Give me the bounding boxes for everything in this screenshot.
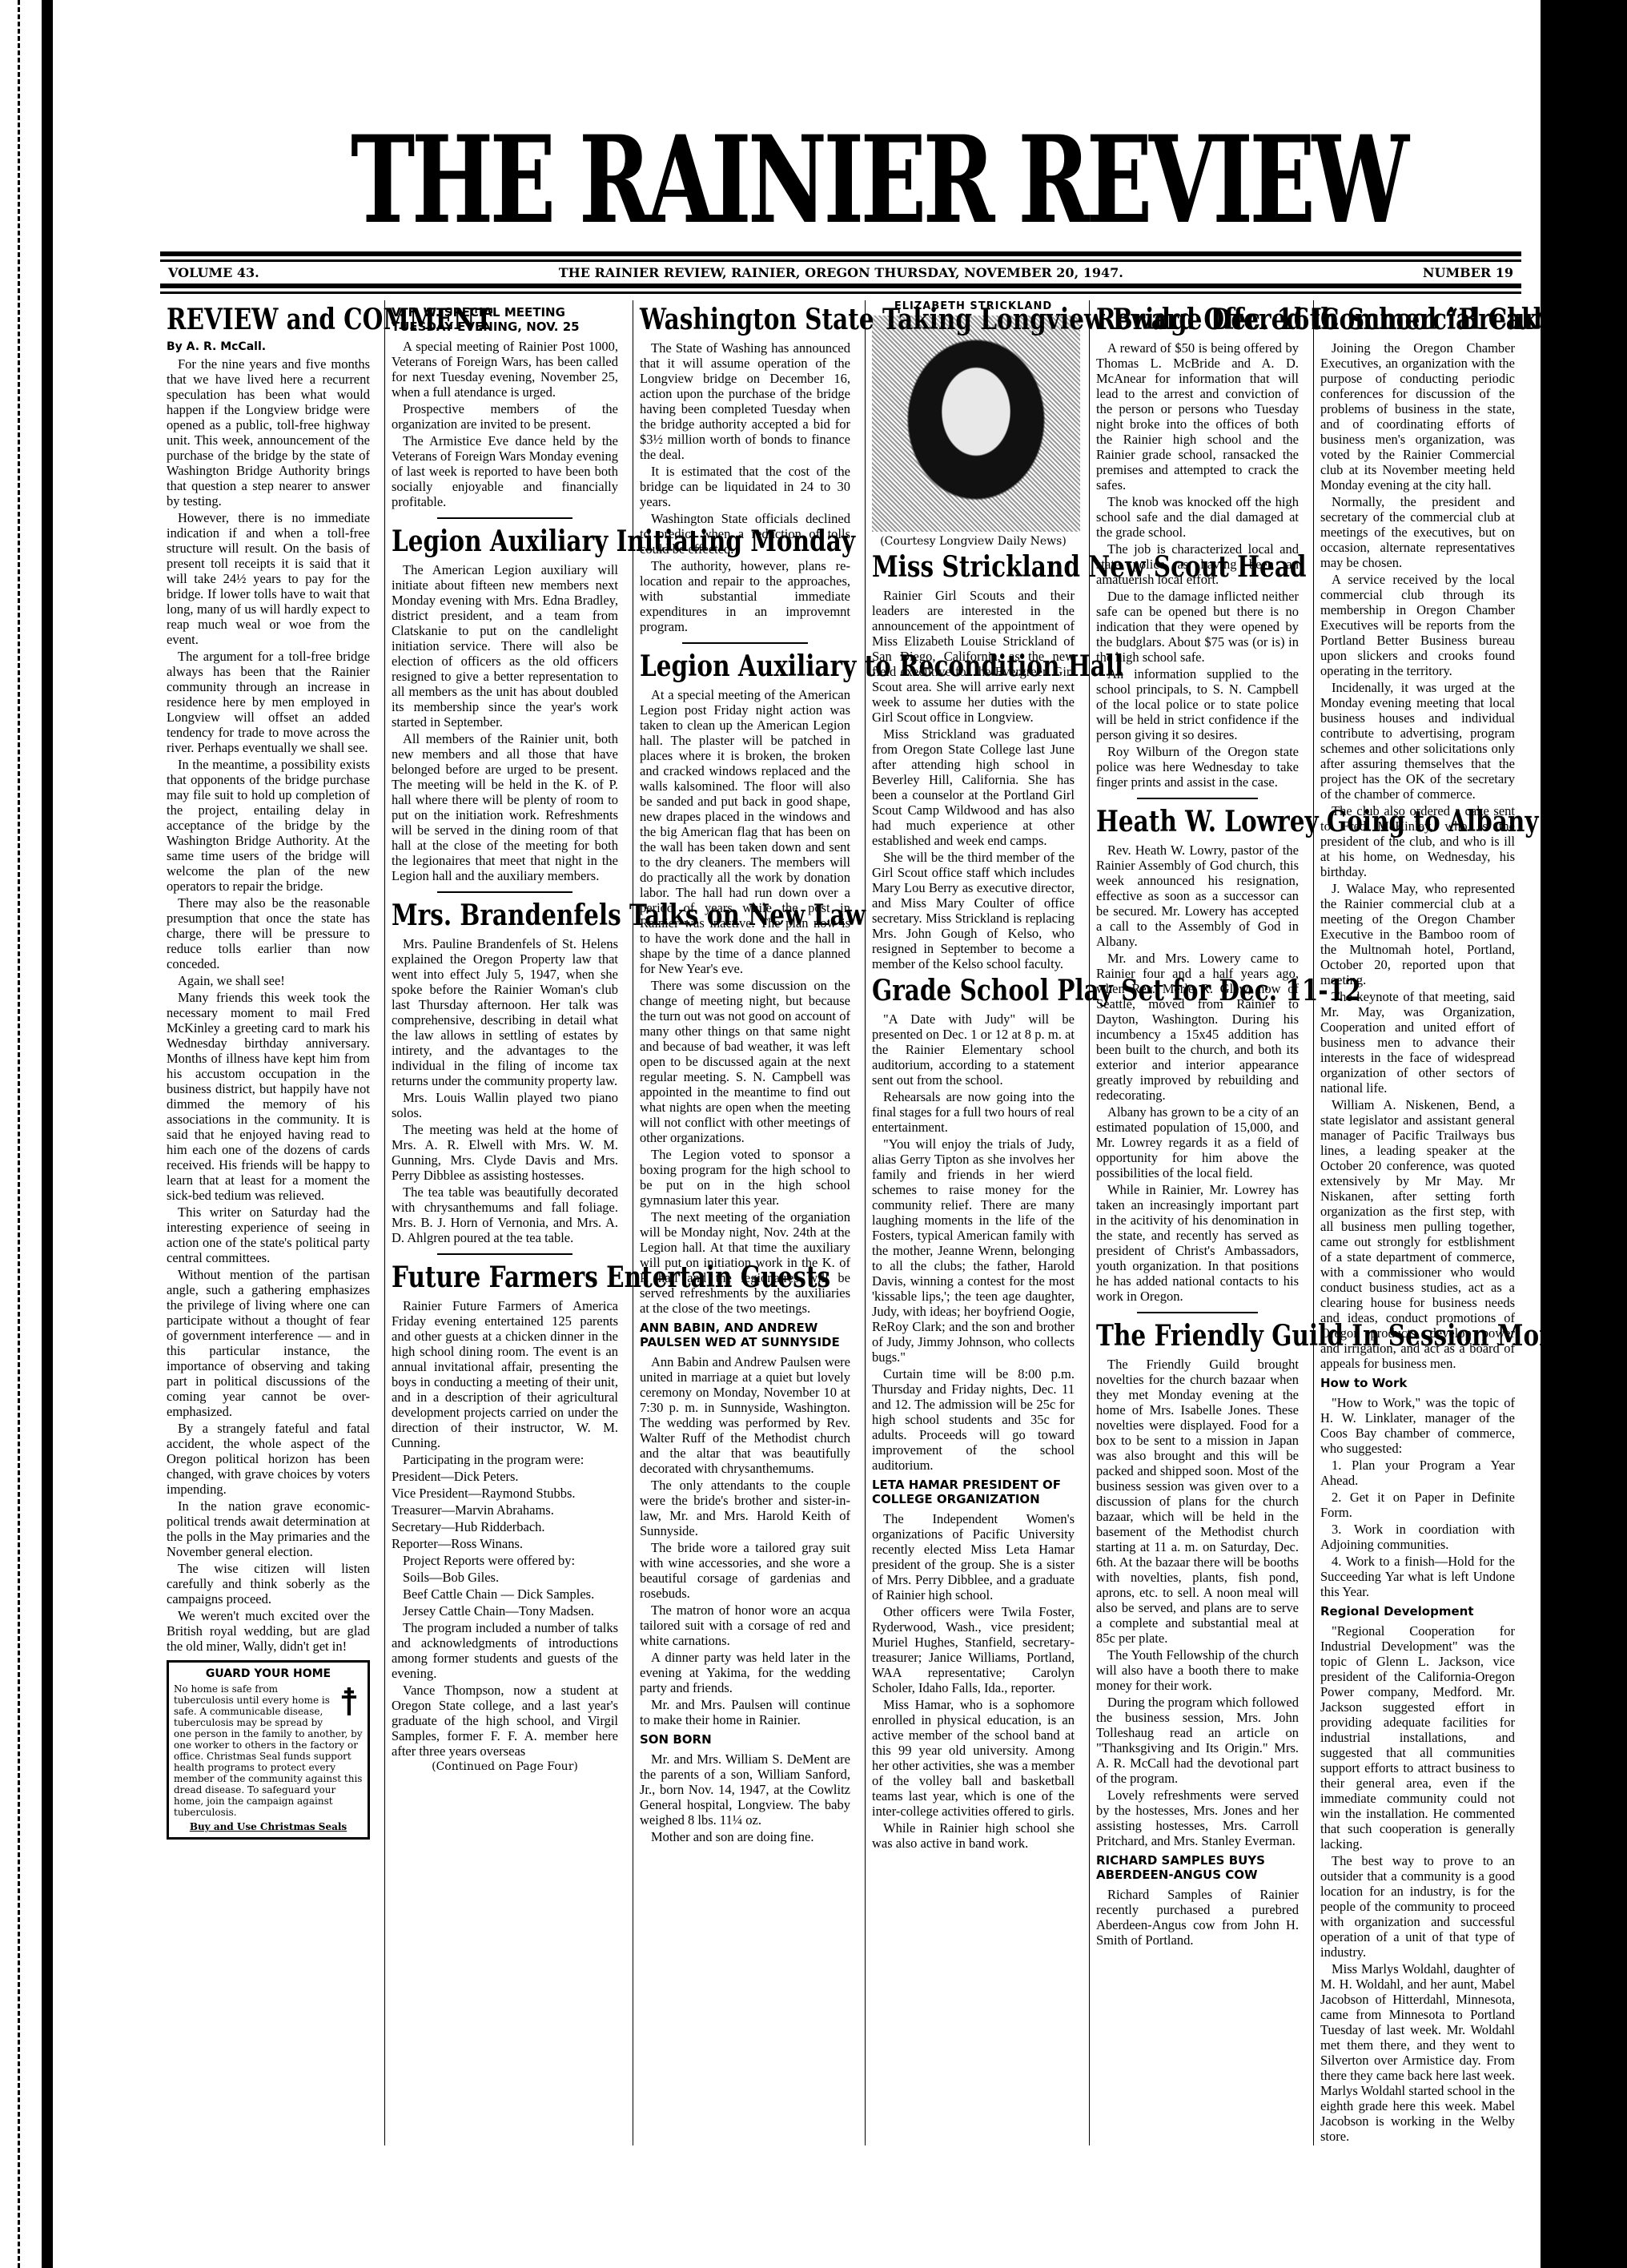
paragraph: Treasurer—Marvin Abrahams. <box>392 1502 618 1518</box>
headline-bridge: Washington State Taking Longview Bridge … <box>640 305 813 334</box>
play-body: "A Date with Judy" will be presented on … <box>872 1011 1075 1473</box>
scout-body: Rainier Girl Scouts and their leaders ar… <box>872 588 1075 971</box>
legion-body: The American Legion auxiliary will initi… <box>392 562 618 883</box>
paragraph: "You will enjoy the trials of Judy, alia… <box>872 1136 1075 1365</box>
paragraph: A service received by the local commerci… <box>1320 572 1515 678</box>
paragraph: Secretary—Hub Ridderbach. <box>392 1519 618 1534</box>
paragraph: 1. Plan your Program a Year Ahead. <box>1320 1458 1515 1488</box>
double-barred-cross-icon: ☨ <box>339 1683 360 1722</box>
paragraph: The meeting was held at the home of Mrs.… <box>392 1122 618 1183</box>
headline-recondition-hall: Legion Auxiliary to Recondition Hall <box>640 652 813 681</box>
divider <box>437 891 573 893</box>
paragraph: Incidenally, it was urged at the Monday … <box>1320 680 1515 802</box>
paragraph: The only attendants to the couple were t… <box>640 1478 850 1538</box>
paragraph: Mrs. Pauline Brandenfels of St. Helens e… <box>392 936 618 1088</box>
paragraph: Richard Samples of Rainier recently purc… <box>1096 1887 1299 1948</box>
paragraph: Ann Babin and Andrew Paulsen were united… <box>640 1354 850 1476</box>
paragraph: "A Date with Judy" will be presented on … <box>872 1011 1075 1088</box>
dateline-center: THE RAINIER REVIEW, RAINIER, OREGON THUR… <box>559 265 1123 280</box>
masthead-rule <box>160 251 1521 262</box>
howto-body: "How to Work," was the topic of H. W. Li… <box>1320 1395 1515 1599</box>
box-title: GUARD YOUR HOME <box>174 1667 363 1680</box>
paragraph: Normally, the president and secretary of… <box>1320 494 1515 570</box>
review-comment-body: For the nine years and five months that … <box>167 356 370 1654</box>
paragraph: Many friends this week took the necessar… <box>167 990 370 1203</box>
samples-body: Richard Samples of Rainier recently purc… <box>1096 1887 1299 1948</box>
paragraph: All members of the Rainier unit, both ne… <box>392 731 618 883</box>
paragraph: 2. Get it on Paper in Definite Form. <box>1320 1490 1515 1520</box>
paragraph: J. Walace May, who represented the Raini… <box>1320 881 1515 987</box>
issue-number: NUMBER 19 <box>1423 265 1513 280</box>
paragraph: Reporter—Ross Winans. <box>392 1536 618 1551</box>
headline-legion-auxiliary: Legion Auxiliary Initiating Monday <box>392 527 577 556</box>
paragraph: Beef Cattle Chain — Dick Samples. <box>392 1586 618 1602</box>
vfw-body: A special meeting of Rainier Post 1000, … <box>392 339 618 509</box>
paragraph: At a special meeting of the American Leg… <box>640 687 850 976</box>
scan-border-right <box>1541 0 1627 2268</box>
sonborn-body: Mr. and Mrs. William S. DeMent are the p… <box>640 1751 850 1844</box>
paragraph: The authority, however, plans re-locatio… <box>640 558 850 634</box>
headline-hamar: LETA HAMAR PRESIDENT OF COLLEGE ORGANIZA… <box>872 1478 1075 1506</box>
paragraph: The wise citizen will listen carefully a… <box>167 1561 370 1606</box>
paragraph: The bride wore a tailored gray suit with… <box>640 1540 850 1601</box>
farmers-body: Rainier Future Farmers of America Friday… <box>392 1298 618 1467</box>
volume-number: VOLUME 43. <box>168 265 259 280</box>
paragraph: The Legion voted to sponsor a boxing pro… <box>640 1147 850 1208</box>
masthead: THE RAINIER REVIEW <box>351 112 1331 248</box>
headline-brandenfels: Mrs. Brandenfels Talks on New Law <box>392 901 577 930</box>
paragraph: Without mention of the partisan angle, s… <box>167 1267 370 1419</box>
paragraph: Miss Marlys Woldahl, daughter of M. H. W… <box>1320 1961 1515 2144</box>
byline: By A. R. McCall. <box>167 340 370 353</box>
column-1: REVIEW and COMMENT By A. R. McCall. For … <box>160 300 376 2145</box>
brandenfels-body: Mrs. Pauline Brandenfels of St. Helens e… <box>392 936 618 1245</box>
paragraph: Prospective members of the organization … <box>392 401 618 432</box>
paragraph: In the nation grave economic-political t… <box>167 1498 370 1559</box>
headline-scout: Miss Strickland New Scout Head <box>872 553 1038 581</box>
dateline: VOLUME 43. THE RAINIER REVIEW, RAINIER, … <box>160 265 1521 280</box>
paragraph: This writer on Saturday had the interest… <box>167 1204 370 1265</box>
christmas-seal-box: GUARD YOUR HOME ☨ No home is safe from t… <box>167 1660 370 1840</box>
paragraph: There may also be the reasonable presump… <box>167 895 370 971</box>
paragraph: Vice President—Raymond Stubbs. <box>392 1486 618 1501</box>
paragraph: Roy Wilburn of the Oregon state police w… <box>1096 744 1299 790</box>
paragraph: Curtain time will be 8:00 p.m. Thursday … <box>872 1366 1075 1473</box>
paragraph: The Youth Fellowship of the church will … <box>1096 1647 1299 1693</box>
divider <box>437 517 573 519</box>
portrait-photo <box>872 316 1080 532</box>
paragraph: Lovely refreshments were served by the h… <box>1096 1787 1299 1848</box>
columns: REVIEW and COMMENT By A. R. McCall. For … <box>160 300 1521 2145</box>
paragraph: "Regional Cooperation for Industrial Dev… <box>1320 1623 1515 1852</box>
paragraph: Mr. and Mrs. William S. DeMent are the p… <box>640 1751 850 1828</box>
babin-body: Ann Babin and Andrew Paulsen were united… <box>640 1354 850 1727</box>
guild-body: The Friendly Guild brought novelties for… <box>1096 1357 1299 1848</box>
divider <box>437 1253 573 1255</box>
column-3: Washington State Taking Longview Bridge … <box>633 300 857 2145</box>
column-4: ELIZABETH STRICKLAND (Courtesy Longview … <box>865 300 1081 2145</box>
paragraph: A dinner party was held later in the eve… <box>640 1650 850 1695</box>
paragraph: The matron of honor wore an acqua tailor… <box>640 1602 850 1648</box>
paragraph: We weren't much excited over the British… <box>167 1608 370 1654</box>
paragraph: While in Rainier high school she was als… <box>872 1820 1075 1851</box>
lowrey-body: Rev. Heath W. Lowry, pastor of the Raini… <box>1096 842 1299 1304</box>
paragraph: Soils—Bob Giles. <box>392 1570 618 1585</box>
paragraph: Mr. and Mrs. Paulsen will continue to ma… <box>640 1697 850 1727</box>
paragraph: The program included a number of talks a… <box>392 1620 618 1681</box>
dateline-rule <box>160 283 1521 294</box>
paragraph: She will be the third member of the Girl… <box>872 850 1075 971</box>
subhead-how-to-work: How to Work <box>1320 1376 1515 1390</box>
hall-body: At a special meeting of the American Leg… <box>640 687 850 1316</box>
paragraph: During the program which followed the bu… <box>1096 1695 1299 1786</box>
paragraph: It is estimated that the cost of the bri… <box>640 464 850 509</box>
hamar-body: The Independent Women's organizations of… <box>872 1511 1075 1851</box>
paragraph: The argument for a toll-free bridge alwa… <box>167 649 370 755</box>
bridge-body: The State of Washing has announced that … <box>640 340 850 634</box>
paragraph: There was some discussion on the change … <box>640 978 850 1145</box>
headline-lowrey: Heath W. Lowrey Going to Albany <box>1096 807 1262 836</box>
paragraph: Miss Hamar, who is a sophomore enrolled … <box>872 1697 1075 1819</box>
divider <box>1137 798 1259 799</box>
column-2: V. F. W. SPECIAL MEETING TUESDAY EVENING… <box>384 300 625 2145</box>
paragraph: Mrs. Louis Wallin played two piano solos… <box>392 1090 618 1120</box>
newspaper-page: THE RAINIER REVIEW VOLUME 43. THE RAINIE… <box>160 96 1521 2145</box>
paragraph: The State of Washing has announced that … <box>640 340 850 462</box>
paragraph: Due to the damage inflicted neither safe… <box>1096 589 1299 665</box>
paragraph: "How to Work," was the topic of H. W. Li… <box>1320 1395 1515 1456</box>
paragraph: 4. Work to a finish—Hold for the Succeed… <box>1320 1554 1515 1599</box>
paragraph: Rainier Future Farmers of America Friday… <box>392 1298 618 1450</box>
paragraph: Mother and son are doing fine. <box>640 1829 850 1844</box>
continued-note: (Continued on Page Four) <box>392 1760 618 1773</box>
paragraph: Vance Thompson, now a student at Oregon … <box>392 1683 618 1759</box>
paragraph: President—Dick Peters. <box>392 1469 618 1484</box>
regional-body: "Regional Cooperation for Industrial Dev… <box>1320 1623 1515 2144</box>
paragraph: A special meeting of Rainier Post 1000, … <box>392 339 618 400</box>
paragraph: By a strangely fateful and fatal acciden… <box>167 1421 370 1497</box>
paragraph: The best way to prove to an outsider tha… <box>1320 1853 1515 1960</box>
headline-grade-school-play: Grade School Play Set for Dec. 11-12 <box>872 976 1038 1005</box>
paragraph: 3. Work in coordiation with Adjoining co… <box>1320 1522 1515 1552</box>
commercial-body: Joining the Oregon Chamber Executives, a… <box>1320 340 1515 1371</box>
paragraph: The knob was knocked off the high school… <box>1096 494 1299 540</box>
paragraph: Other officers were Twila Foster, Ryderw… <box>872 1604 1075 1695</box>
paragraph: The Armistice Eve dance held by the Vete… <box>392 433 618 509</box>
paragraph: Albany has grown to be a city of an esti… <box>1096 1104 1299 1180</box>
headline-samples: RICHARD SAMPLES BUYS ABERDEEN-ANGUS COW <box>1096 1853 1299 1882</box>
farmers-officers: President—Dick Peters.Vice President—Ray… <box>392 1469 618 1551</box>
paragraph: In the meantime, a possibility exists th… <box>167 757 370 894</box>
paragraph: For the nine years and five months that … <box>167 356 370 509</box>
box-text: No home is safe from tuberculosis until … <box>174 1683 363 1818</box>
headline-reward: Reward Offered In School “Break” <box>1096 305 1262 334</box>
photo-caption: (Courtesy Longview Daily News) <box>872 535 1075 548</box>
paragraph: Project Reports were offered by: <box>392 1553 618 1568</box>
paragraph: The American Legion auxiliary will initi… <box>392 562 618 730</box>
scan-edge-left <box>0 0 20 2268</box>
paragraph: An information supplied to the school pr… <box>1096 666 1299 742</box>
paragraph: However, there is no immediate indicatio… <box>167 510 370 647</box>
divider <box>1137 1312 1259 1313</box>
paragraph: A reward of $50 is being offered by Thom… <box>1096 340 1299 493</box>
headline-review-comment: REVIEW and COMMENT <box>167 305 333 334</box>
binding-gutter <box>42 0 53 2268</box>
paragraph: Participating in the program were: <box>392 1452 618 1467</box>
paragraph: Rehearsals are now going into the final … <box>872 1089 1075 1135</box>
headline-commercial-club: Commercial Club Votes for Joining Execut… <box>1320 305 1480 334</box>
subhead-regional: Regional Development <box>1320 1604 1515 1619</box>
headline-son-born: SON BORN <box>640 1732 850 1747</box>
paragraph: Joining the Oregon Chamber Executives, a… <box>1320 340 1515 493</box>
paragraph: Jersey Cattle Chain—Tony Madsen. <box>392 1603 618 1619</box>
headline-future-farmers: Future Farmers Entertain Guests <box>392 1263 577 1292</box>
paragraph: Again, we shall see! <box>167 973 370 988</box>
divider <box>682 642 809 644</box>
column-6: Commercial Club Votes for Joining Execut… <box>1313 300 1521 2145</box>
farmers-body-2: Project Reports were offered by:Soils—Bo… <box>392 1553 618 1759</box>
paragraph: While in Rainier, Mr. Lowrey has taken a… <box>1096 1182 1299 1304</box>
headline-friendly-guild: The Friendly Guild In Session Monday <box>1096 1321 1262 1350</box>
paragraph: The tea table was beautifully decorated … <box>392 1184 618 1245</box>
paragraph: The Independent Women's organizations of… <box>872 1511 1075 1602</box>
headline-babin-paulsen: ANN BABIN, AND ANDREW PAULSEN WED AT SUN… <box>640 1321 850 1349</box>
paragraph: The Friendly Guild brought novelties for… <box>1096 1357 1299 1646</box>
paragraph: Rev. Heath W. Lowry, pastor of the Raini… <box>1096 842 1299 949</box>
paragraph: Miss Strickland was graduated from Orego… <box>872 726 1075 848</box>
box-footer: Buy and Use Christmas Seals <box>174 1821 363 1832</box>
